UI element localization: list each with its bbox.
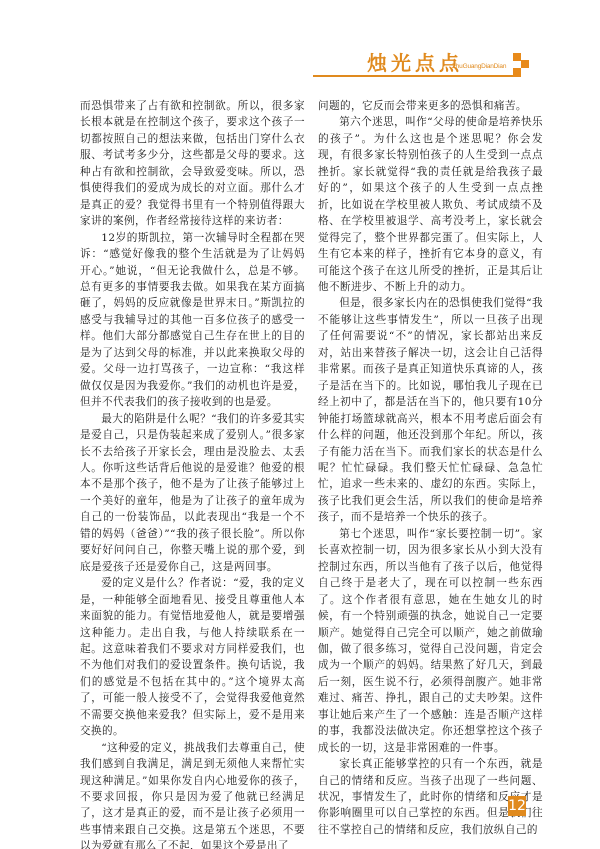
logo-square xyxy=(513,68,521,77)
paragraph: 最大的陷阱是什么呢？“我们的许多爱其实是爱自己，只是伪装起来成了爱别人。”很多家… xyxy=(80,411,305,576)
paragraph: “这种爱的定义，挑战我们去尊重自己，使我们感到自我满足，满足到无须他人来帮忙实现… xyxy=(80,740,305,849)
logo-square xyxy=(513,53,521,61)
orange-squares-logo-icon xyxy=(513,53,537,79)
paragraph: 第六个迷思，叫作“父母的使命是培养快乐的孩子”。为什么这也是个迷思呢？你会发现，… xyxy=(318,114,543,295)
text-column-left: 而恐惧带来了占有欲和控制欲。所以，很多家长根本就是在控制这个孩子，要求这个孩子一… xyxy=(80,98,305,849)
paragraph: 但是，很多家长内在的恐惧使我们觉得“我不能够让这些事情发生”，所以一旦孩子出现了… xyxy=(318,295,543,525)
paragraph: 12岁的斯凯拉，第一次辅导时全程都在哭诉：“感觉好像我的整个生活就是为了让妈妈开… xyxy=(80,230,305,411)
logo-square xyxy=(521,60,529,68)
paragraph: 第七个迷思，叫作“家长要控制一切”。家长喜欢控制一切，因为很多家长从小到大没有控… xyxy=(318,526,543,756)
paragraph: 而恐惧带来了占有欲和控制欲。所以，很多家长根本就是在控制这个孩子，要求这个孩子一… xyxy=(80,98,305,230)
section-title-pinyin: ZhuGuangDianDian xyxy=(452,62,506,72)
page-number-badge: 12 xyxy=(508,796,526,816)
text-column-right: 问题的，它反而会带来更多的恐惧和痛苦。 第六个迷思，叫作“父母的使命是培养快乐的… xyxy=(318,98,543,838)
header-rule xyxy=(313,75,513,77)
paragraph: 问题的，它反而会带来更多的恐惧和痛苦。 xyxy=(318,98,543,114)
paragraph: 爱的定义是什么？作者说：“爱，我的定义是，一种能够全面地看见、接受且尊重他人本来… xyxy=(80,575,305,740)
page-header: 烛光点点 ZhuGuangDianDian xyxy=(0,0,600,95)
section-title: 烛光点点 xyxy=(367,51,463,75)
